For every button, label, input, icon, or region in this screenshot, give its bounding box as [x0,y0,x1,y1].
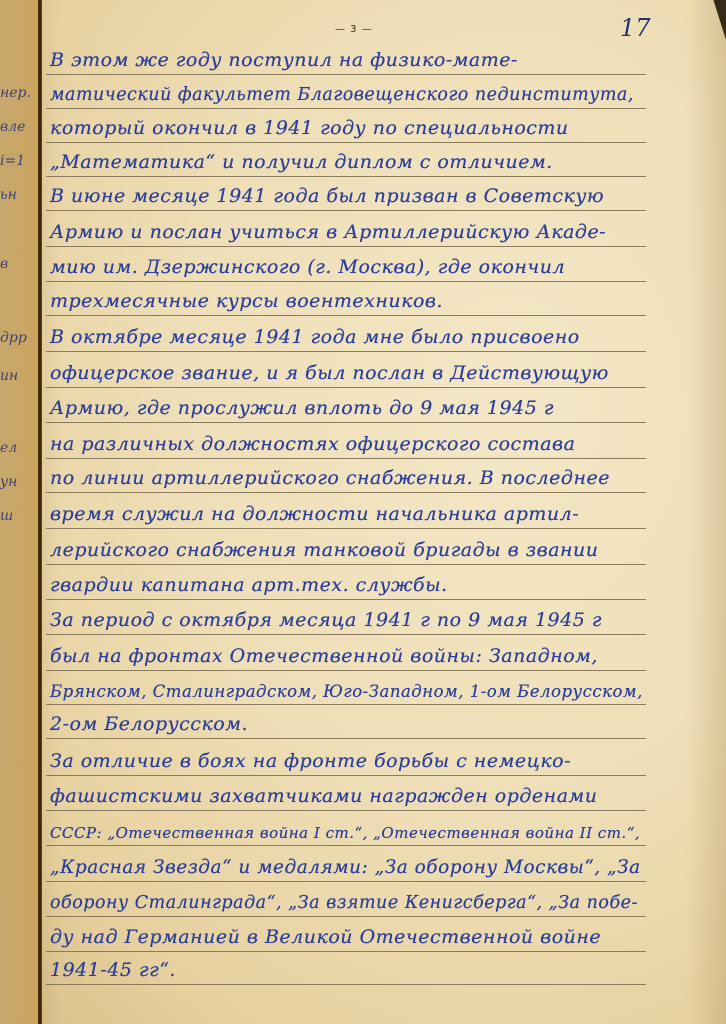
handwritten-line: В октябре месяце 1941 года мне было прис… [50,326,580,348]
handwritten-line: офицерское звание, и я был послан в Дейс… [50,362,609,384]
handwritten-line: матический факультет Благовещенского пед… [50,85,634,105]
margin-fragment: вле [0,119,38,135]
torn-corner [708,0,726,40]
handwritten-line: трехмесячные курсы воентехников. [50,290,443,312]
page-binding-fold [38,0,42,1024]
margin-fragment: ел [0,440,38,456]
handwritten-line: оборону Сталинграда“, „За взятие Кенигсб… [50,893,638,913]
handwritten-line: был на фронтах Отечественной войны: Запа… [50,645,598,667]
page-number: — 3 — [335,24,373,35]
handwritten-line: 2-ом Белорусском. [50,713,248,735]
margin-fragment: дрр [0,330,38,346]
handwritten-line: ду над Германией в Великой Отечественной… [50,926,601,948]
handwritten-line: Армию и послан учиться в Артиллерийскую … [50,221,606,243]
document-page: нер. вле і=1 ьн в дрр ин ел ун ш — 3 — 1… [0,0,726,1024]
handwritten-line: время служил на должности начальника арт… [50,503,579,525]
archive-folio-number: 17 [620,14,651,42]
handwritten-line: мию им. Дзержинского (г. Москва), где ок… [50,256,565,278]
handwritten-line: „Математика“ и получил диплом с отличием… [50,151,553,173]
handwritten-line: СССР: „Отечественная война I ст.“, „Отеч… [50,824,640,842]
handwritten-line: Армию, где прослужил вплоть до 9 мая 194… [50,397,554,419]
handwritten-line: Брянском, Сталинградском, Юго-Западном, … [50,682,643,701]
handwritten-line: лерийского снабжения танковой бригады в … [50,539,599,561]
handwritten-line: который окончил в 1941 году по специальн… [50,117,569,139]
handwritten-line: В этом же году поступил на физико-мате- [50,49,518,71]
margin-fragment: ьн [0,187,38,203]
margin-fragment: ин [0,368,38,384]
handwritten-line: За отличие в боях на фронте борьбы с нем… [50,750,571,772]
handwritten-line: гвардии капитана арт.тех. службы. [50,574,448,596]
margin-fragment: ш [0,508,38,524]
margin-fragment: в [0,256,38,272]
handwritten-line: В июне месяце 1941 года был призван в Со… [50,185,604,207]
margin-fragment: і=1 [0,153,38,169]
margin-fragment: нер. [0,85,38,101]
handwritten-line: „Красная Звезда“ и медалями: „За оборону… [50,857,641,878]
handwritten-line: За период с октября месяца 1941 г по 9 м… [50,609,602,631]
margin-fragment: ун [0,474,38,490]
handwritten-line: 1941-45 гг“. [50,959,176,981]
handwritten-line: по линии артиллерийского снабжения. В по… [50,467,610,489]
handwritten-line: фашистскими захватчиками награжден орден… [50,785,598,807]
handwritten-line: на различных должностях офицерского сост… [50,433,575,455]
